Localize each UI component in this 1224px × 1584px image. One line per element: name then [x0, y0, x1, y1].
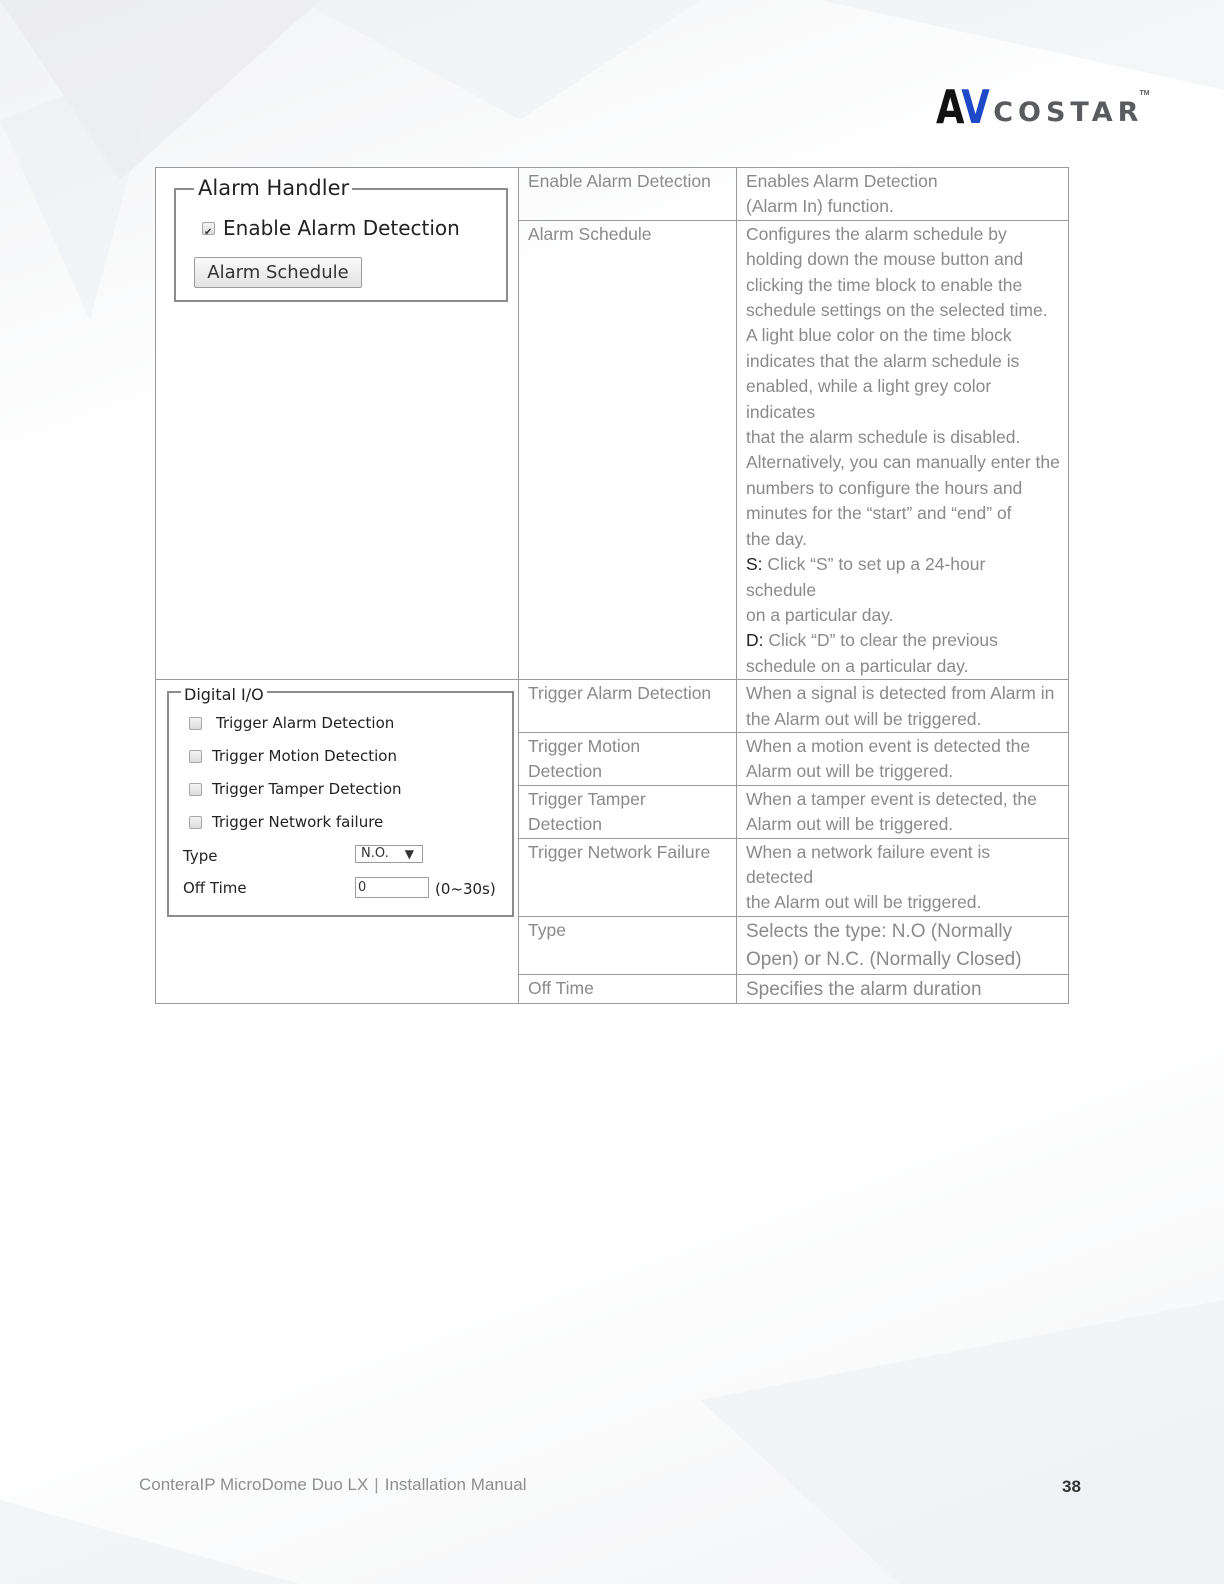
desc-cell: Selects the type: N.O (Normally Open) or… — [737, 916, 1069, 974]
s-label: S: — [746, 554, 763, 574]
param-cell: Trigger Tamper Detection — [519, 785, 737, 838]
param-line: Trigger Motion — [528, 734, 728, 759]
logo-wordmark: COSTAR — [993, 98, 1143, 128]
desc-line: Alternatively, you can manually enter th… — [746, 450, 1060, 475]
trigger-network-failure-checkbox[interactable] — [189, 816, 202, 829]
desc-line: When a tamper event is detected, the — [746, 787, 1060, 812]
s-text: Click “S” to set up a 24-hour schedule — [746, 554, 985, 599]
desc-cell: When a tamper event is detected, the Ala… — [737, 785, 1069, 838]
alarm-handler-screenshot-cell: Alarm Handler Enable Alarm Detection Ala… — [156, 168, 519, 680]
off-time-range: (0~30s) — [435, 877, 496, 902]
param-line: Detection — [528, 812, 728, 837]
alarm-handler-fieldset: Alarm Handler Enable Alarm Detection Ala… — [174, 188, 508, 302]
enable-alarm-detection-checkbox-row[interactable]: Enable Alarm Detection — [202, 216, 460, 241]
desc-line: the Alarm out will be triggered. — [746, 707, 1060, 732]
desc-line: that the alarm schedule is disabled. — [746, 425, 1060, 450]
desc-cell: When a signal is detected from Alarm in … — [737, 680, 1069, 733]
digital-io-screenshot-cell: Digital I/O Trigger Alarm Detection Trig… — [156, 680, 519, 1004]
trigger-tamper-detection-checkbox[interactable] — [189, 783, 202, 796]
footer-doc: Installation Manual — [385, 1475, 527, 1494]
trigger-tamper-detection-label: Trigger Tamper Detection — [212, 777, 402, 802]
type-label: Type — [183, 844, 217, 869]
desc-line: A light blue color on the time block — [746, 323, 1060, 348]
logo-trademark: TM — [1139, 90, 1149, 97]
logo-a: A — [936, 86, 961, 128]
footer-title: ConteraIP MicroDome Duo LX|Installation … — [139, 1475, 526, 1495]
param-cell: Trigger Network Failure — [519, 838, 737, 916]
desc-line: Alarm out will be triggered. — [746, 759, 1060, 784]
trigger-alarm-detection-label: Trigger Alarm Detection — [216, 711, 394, 736]
desc-cell: When a motion event is detected the Alar… — [737, 732, 1069, 785]
table-row: Digital I/O Trigger Alarm Detection Trig… — [156, 680, 1069, 733]
desc-line: clicking the time block to enable the — [746, 273, 1060, 298]
avcostar-logo: AV COSTAR TM — [936, 84, 1150, 128]
desc-line: Open) or N.C. (Normally Closed) — [746, 946, 1060, 974]
enable-alarm-detection-checkbox[interactable] — [202, 222, 215, 235]
off-time-label: Off Time — [183, 876, 247, 901]
table-row: Alarm Handler Enable Alarm Detection Ala… — [156, 168, 1069, 221]
param-cell: Enable Alarm Detection — [519, 168, 737, 221]
desc-line: Enables Alarm Detection — [746, 169, 1060, 194]
param-cell: Alarm Schedule — [519, 220, 737, 679]
desc-line: Configures the alarm schedule by — [746, 222, 1060, 247]
trigger-motion-detection-checkbox[interactable] — [189, 750, 202, 763]
desc-line: enabled, while a light grey color indica… — [746, 374, 1060, 425]
desc-line: minutes for the “start” and “end” of — [746, 501, 1060, 526]
footer-product: ConteraIP MicroDome Duo LX — [139, 1475, 368, 1494]
d-label: D: — [746, 630, 764, 650]
digital-io-fieldset: Digital I/O Trigger Alarm Detection Trig… — [167, 691, 514, 917]
desc-cell: When a network failure event is detected… — [737, 838, 1069, 916]
page-number: 38 — [1062, 1477, 1081, 1497]
desc-line: Selects the type: N.O (Normally — [746, 918, 1060, 946]
desc-line: numbers to configure the hours and — [746, 476, 1060, 501]
param-line: Detection — [528, 759, 728, 784]
desc-line: indicates that the alarm schedule is — [746, 349, 1060, 374]
desc-line: Specifies the alarm duration — [746, 976, 1060, 1003]
d-shortcut-line: D: Click “D” to clear the previous — [746, 628, 1060, 653]
alarm-handler-title: Alarm Handler — [198, 176, 349, 201]
alarm-settings-table: Alarm Handler Enable Alarm Detection Ala… — [155, 167, 1069, 1004]
off-time-input[interactable]: 0 — [355, 877, 429, 898]
param-cell: Trigger Motion Detection — [519, 732, 737, 785]
trigger-motion-detection-row[interactable]: Trigger Motion Detection — [189, 744, 397, 769]
trigger-alarm-detection-row[interactable]: Trigger Alarm Detection — [189, 711, 394, 736]
param-cell: Off Time — [519, 974, 737, 1003]
type-select[interactable]: N.O. ▼ — [355, 845, 423, 863]
desc-line: the day. — [746, 527, 1060, 552]
footer-separator: | — [374, 1475, 378, 1494]
param-line: Trigger Tamper — [528, 787, 728, 812]
desc-line: holding down the mouse button and — [746, 247, 1060, 272]
trigger-alarm-detection-checkbox[interactable] — [189, 717, 202, 730]
alarm-schedule-button[interactable]: Alarm Schedule — [194, 257, 362, 288]
s-shortcut-line: S: Click “S” to set up a 24-hour schedul… — [746, 552, 1060, 603]
desc-cell: Enables Alarm Detection (Alarm In) funct… — [737, 168, 1069, 221]
desc-cell: Configures the alarm schedule by holding… — [737, 220, 1069, 679]
trigger-motion-detection-label: Trigger Motion Detection — [212, 744, 397, 769]
desc-line: When a signal is detected from Alarm in — [746, 681, 1060, 706]
desc-line: When a network failure event is detected — [746, 840, 1060, 891]
digital-io-title: Digital I/O — [184, 682, 264, 707]
trigger-network-failure-label: Trigger Network failure — [212, 810, 383, 835]
param-cell: Trigger Alarm Detection — [519, 680, 737, 733]
desc-line: schedule on a particular day. — [746, 654, 1060, 679]
param-cell: Type — [519, 916, 737, 974]
desc-line: When a motion event is detected the — [746, 734, 1060, 759]
desc-cell: Specifies the alarm duration — [737, 974, 1069, 1003]
trigger-network-failure-row[interactable]: Trigger Network failure — [189, 810, 383, 835]
desc-line: (Alarm In) function. — [746, 194, 1060, 219]
logo-av-mark: AV — [936, 86, 987, 128]
dropdown-arrow-icon: ▼ — [405, 846, 414, 862]
desc-line: schedule settings on the selected time. — [746, 298, 1060, 323]
d-text: Click “D” to clear the previous — [764, 630, 998, 650]
logo-v: V — [961, 86, 986, 128]
desc-line: Alarm out will be triggered. — [746, 812, 1060, 837]
type-select-value: N.O. — [361, 846, 389, 861]
enable-alarm-detection-label: Enable Alarm Detection — [223, 216, 460, 241]
trigger-tamper-detection-row[interactable]: Trigger Tamper Detection — [189, 777, 402, 802]
desc-line: on a particular day. — [746, 603, 1060, 628]
desc-line: the Alarm out will be triggered. — [746, 890, 1060, 915]
